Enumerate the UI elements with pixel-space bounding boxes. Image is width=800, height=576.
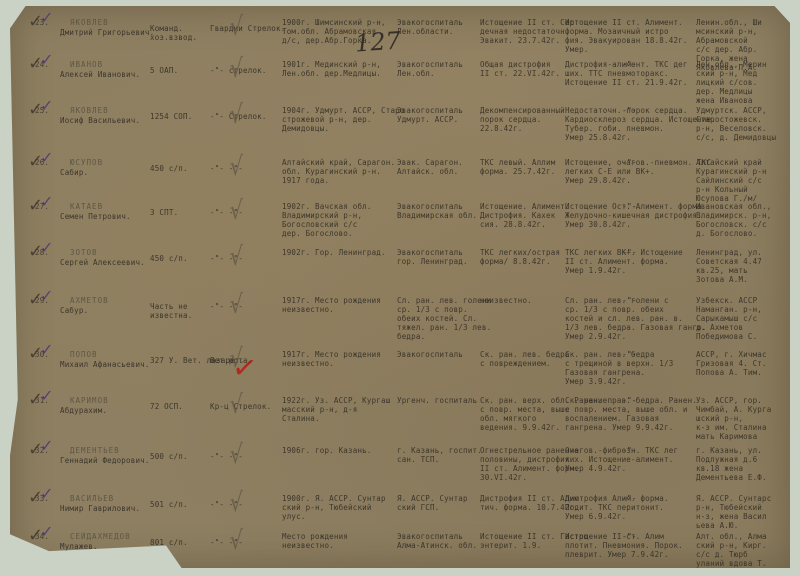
entry-number: 28.	[35, 248, 49, 257]
entry-number: 29.	[35, 296, 49, 305]
entry-number: 25.	[35, 106, 49, 115]
entry-hospital: Я. АССР. Сунтар ский ГСП.	[397, 494, 468, 512]
entry-cause-of-death: Ск. ран. лев. бедра с трещиной в верхн. …	[565, 350, 673, 386]
entry-unit: 450 с/п.	[150, 254, 188, 263]
entry-family-address: Удмуртск. АССР, Старостожевск. р-н, Весе…	[696, 106, 776, 142]
entry-ditto: -"-	[622, 202, 636, 211]
entry-diagnosis: неизвестно.	[480, 296, 532, 305]
entry-surname: ЗОТОВ	[70, 248, 98, 257]
entry-surname: ДЕМЕНТЬЕВ	[70, 446, 120, 455]
pencil-v-mark-icon: √	[230, 196, 243, 226]
entry-rank: Гвардии Стрелок.	[210, 24, 285, 33]
entry-birth-place: 1901г. Мединский р-н, Лен.обл. дер.Медли…	[282, 60, 381, 78]
entry-cause-of-death: Истощение, очагов.-пневмон. ТКС легких С…	[565, 158, 711, 185]
entry-diagnosis: Истощение II ст. Сер дечная недостаточн.…	[480, 18, 574, 45]
entry-surname: ВАСИЛЬЕВ	[70, 494, 114, 503]
entry-family-address: Я. АССР. Сунтарс р-н, Тюбейский н-з, жен…	[696, 494, 771, 530]
entry-diagnosis: Ск. ран. лев. бедра с повреждением.	[480, 350, 570, 368]
entry-hospital: Эвакогоспиталь Владимирская обл.	[397, 202, 477, 220]
entry-hospital: Эвак. Сарагон. Алтайск. обл.	[397, 158, 463, 176]
entry-family-address: Алт. обл., Алма ский р-н, Кирг. с/с д. Т…	[696, 532, 767, 568]
entry-birth-place: 1900г. Я. АССР. Сунтар ский р-н, Тюбейск…	[282, 494, 386, 521]
entry-hospital: Эвакогоспиталь Лен.обл.	[397, 60, 463, 78]
entry-number: 32.	[35, 446, 49, 455]
entry-given-name: Сабир.	[60, 168, 88, 177]
entry-birth-place: 1917г. Место рождения неизвестно.	[282, 296, 381, 314]
entry-ditto: -"-	[622, 296, 636, 305]
entry-unit: 450 с/п.	[150, 164, 188, 173]
entry-diagnosis: Декомпенсированный порок сердца. 22.8.42…	[480, 106, 565, 133]
entry-hospital: г. Казань, госпит. сан. ТСП.	[397, 446, 482, 464]
entry-unit: 3 СПТ.	[150, 208, 178, 217]
entry-surname: ЯКОВЛЕВ	[70, 18, 109, 27]
entry-unit: Команд. хоз.взвод.	[150, 24, 197, 42]
entry-family-address: г. Казань, ул. Подлужная д.6 кв.18 жена …	[696, 446, 767, 482]
entry-given-name: Михаил Афанасьевич.	[60, 360, 150, 369]
pencil-v-mark-icon: √	[230, 526, 243, 556]
entry-given-name: Нимир Гаврилович.	[60, 504, 140, 513]
entry-surname: КАРИМОВ	[70, 396, 109, 405]
pencil-v-mark-icon: √	[230, 344, 243, 374]
entry-family-address: АССР, г. Хичмас Гризовая 4. Ст. Попова А…	[696, 350, 767, 377]
entry-ditto: -"-	[622, 60, 636, 69]
entry-family-address: Ленинград, ул. Советская 4.47 кв.25, мат…	[696, 248, 762, 284]
entry-unit: 501 с/п.	[150, 500, 188, 509]
pencil-v-mark-icon: √	[230, 290, 243, 320]
entry-ditto: -"-	[622, 106, 636, 115]
entry-given-name: Сергей Алексеевич.	[60, 258, 145, 267]
entry-given-name: Геннадий Федорович.	[60, 456, 150, 465]
entry-surname: ИВАНОВ	[70, 60, 103, 69]
entry-hospital: Сл. ран. лев. голени ср. 1/3 с повр. обе…	[397, 296, 491, 341]
pencil-v-mark-icon: √	[230, 440, 243, 470]
entry-cause-of-death: Недостаточн. порок сердца. Кардиосклероз…	[565, 106, 716, 142]
entry-unit: 500 с/п.	[150, 452, 188, 461]
entry-unit: 72 ОСП.	[150, 402, 183, 411]
entry-number: 23.	[35, 18, 49, 27]
entry-given-name: Абдурахим.	[60, 406, 107, 415]
entry-hospital: Эвакогоспиталь Лен.области.	[397, 18, 463, 36]
entry-unit: 5 ОАП.	[150, 66, 178, 75]
entry-hospital: Ургенч. госпиталь	[397, 396, 477, 405]
entry-surname: ПОПОВ	[70, 350, 98, 359]
entry-unit: Часть не известна.	[150, 302, 192, 320]
entry-birth-place: Место рождения неизвестно.	[282, 532, 348, 550]
entry-diagnosis: ТКС левый. Аллим форма. 25.7.42г.	[480, 158, 555, 176]
pencil-v-mark-icon: √	[230, 12, 243, 42]
entry-surname: АХМЕТОВ	[70, 296, 109, 305]
entry-number: 27.	[35, 202, 49, 211]
entry-family-address: Узбекск. АССР Наманган. р-н, Сарыкамыш с…	[696, 296, 762, 341]
pencil-v-mark-icon: √	[230, 390, 243, 420]
entry-given-name: Дмитрий Григорьевич.	[60, 28, 154, 37]
entry-family-address: Алтайский край Курагинский р-н Сайлински…	[696, 158, 767, 203]
entry-cause-of-death: Истощение II ст. Алимент. форма. Мозаичн…	[565, 18, 688, 54]
entry-hospital: Эвакогоспиталь Алма-Атинск. обл.	[397, 532, 477, 550]
pencil-v-mark-icon: √	[230, 152, 243, 182]
entry-diagnosis: ТКС легких/острая форма/ 8.8.42г.	[480, 248, 560, 266]
pencil-v-mark-icon: √	[230, 488, 243, 518]
entry-family-address: Ивановская обл., Владимирск. р-н, Богосл…	[696, 202, 771, 238]
document-sheet: 127 ✓ ✓ ✓ 23. ЯКОВЛЕВ Дмитрий Григорьеви…	[10, 6, 790, 568]
entry-diagnosis: Истощение. Алимент. Дистрофия. Кахек сия…	[480, 202, 570, 229]
entry-birth-place: 1922г. Уз. АССР, Кургаш масский р-н, д-я…	[282, 396, 390, 423]
entry-family-address: Уз. АССР, гор. Чимбай, А. Курга шский р-…	[696, 396, 771, 441]
entry-number: 33.	[35, 494, 49, 503]
pencil-v-mark-icon: √	[230, 242, 243, 272]
entry-hospital: Эвакогоспиталь гор. Ленинград.	[397, 248, 468, 266]
entry-hospital: Эвакогоспиталь	[397, 350, 463, 359]
entry-birth-place: 1917г. Место рождения неизвестно.	[282, 350, 381, 368]
entry-birth-place: 1904г. Удмурт. АССР, Старо строжевой р-н…	[282, 106, 405, 133]
entry-surname: КАТАЕВ	[70, 202, 103, 211]
entry-cause-of-death: Дистрофия Алим. форма. Подит. ТКС перито…	[565, 494, 669, 521]
entry-surname: СЕЙДАХМЕДОВ	[70, 532, 131, 541]
entry-birth-place: Алтайский край, Сарагон. обл. Курагински…	[282, 158, 395, 185]
entry-unit: 1254 СОП.	[150, 112, 192, 121]
entry-ditto: -"-	[622, 494, 636, 503]
entry-given-name: Сабур.	[60, 306, 88, 315]
entry-number: 34.	[35, 532, 49, 541]
entry-number: 31.	[35, 396, 49, 405]
entry-given-name: Мулажев.	[60, 542, 98, 551]
entry-birth-place: 1902г. Гор. Ленинград.	[282, 248, 386, 257]
entry-given-name: Алексей Иванович.	[60, 70, 140, 79]
entry-number: 30.	[35, 350, 49, 359]
entry-ditto: -"-	[622, 532, 636, 541]
entry-ditto: -"-	[622, 158, 636, 167]
entry-given-name: Семен Петрович.	[60, 212, 131, 221]
entry-birth-place: 1900г. Шимсинский р-н, Том.обл. Абрамовс…	[282, 18, 386, 45]
entry-surname: ЮСУПОВ	[70, 158, 103, 167]
entry-ditto: -"-	[622, 396, 636, 405]
entry-surname: ЯКОВЛЕВ	[70, 106, 109, 115]
entry-birth-place: 1906г. гор. Казань.	[282, 446, 372, 455]
entry-diagnosis: Общая дистрофия II ст. 22.VI.42г.	[480, 60, 560, 78]
pencil-v-mark-icon: √	[230, 100, 243, 130]
entry-number: 24.	[35, 60, 49, 69]
entry-given-name: Иосиф Васильевич.	[60, 116, 140, 125]
entry-ditto: -"-	[622, 446, 636, 455]
entry-family-address: Лен.обл., Мерин ский р-н, Мед лицкий с/с…	[696, 60, 767, 105]
entry-hospital: Эвакогоспиталь Удмурт. АССР.	[397, 106, 463, 124]
entry-birth-place: 1902г. Вачская обл. Владимирский р-н, Бо…	[282, 202, 372, 238]
entry-ditto: -"-	[622, 248, 636, 257]
entry-unit: 801 с/п.	[150, 538, 188, 547]
pencil-v-mark-icon: √	[230, 54, 243, 84]
entry-number: 26.	[35, 158, 49, 167]
entry-ditto: -"-	[622, 350, 636, 359]
